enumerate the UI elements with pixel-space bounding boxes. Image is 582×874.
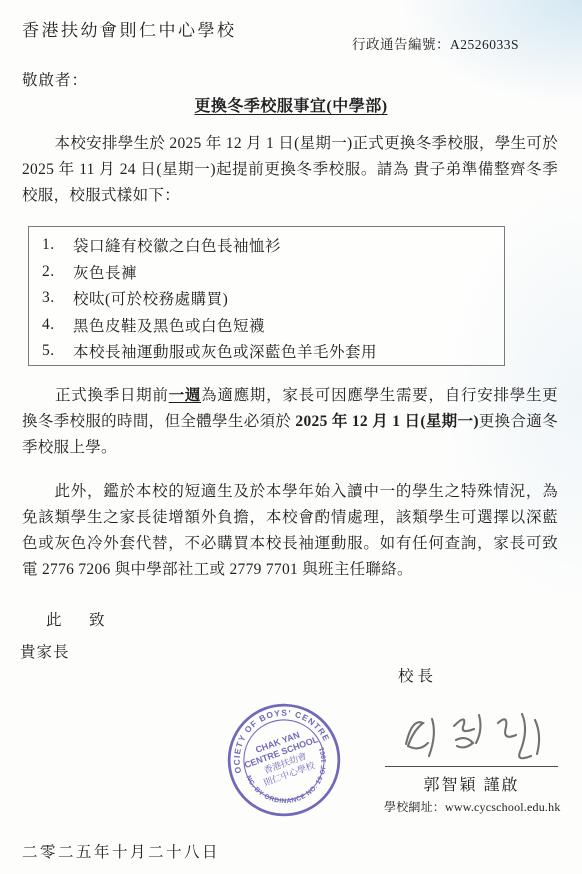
p2-date-emphasis: 2025 年 12 月 1 日(星期一) [295,413,478,430]
uniform-list-box: 1. 袋口縫有校徽之白色長袖恤衫 2. 灰色長褲 3. 校呔(可於校務處購買) … [28,226,505,366]
uniform-item-number: 5. [29,342,73,360]
paragraph-3: 此外，鑑於本校的短適生及於本學年始入讀中一的學生之特殊情況，為免該類學生之家長徒… [22,479,558,583]
letter-title-text: 更換冬季校服事宜(中學部) [194,98,387,115]
principal-label: 校長 [398,664,437,686]
signature-line [385,766,558,767]
uniform-item-number: 4. [29,316,73,334]
school-website: 學校網址：www.cycschool.edu.hk [384,798,564,815]
closing-regards: 此 致 [46,608,111,630]
uniform-item-text: 袋口縫有校徽之白色長袖恤衫 [73,234,281,256]
letter-date: 二零二五年十月二十八日 [22,840,220,862]
scanned-letter-page: 香港扶幼會則仁中心學校 行政通告編號：A2526033S 敬啟者： 更換冬季校服… [0,0,582,874]
school-stamp-seal: SOCIETY OF BOYS' CENTRES INC. BY ORDINAN… [226,702,342,818]
uniform-item: 5. 本校長袖運動服或灰色或深藍色羊毛外套用 [29,338,504,365]
uniform-item-text: 本校長袖運動服或灰色或深藍色羊毛外套用 [73,340,377,362]
uniform-item-text: 灰色長褲 [73,261,137,283]
notice-number: 行政通告編號：A2526033S [352,33,519,53]
salutation: 敬啟者： [22,68,88,90]
school-name: 香港扶幼會則仁中心學校 [22,16,237,41]
principal-signature-strokes [396,708,552,766]
school-stamp: SOCIETY OF BOYS' CENTRES INC. BY ORDINAN… [226,702,342,818]
uniform-item-number: 3. [29,289,73,307]
paragraph-2: 正式換季日期前一週為適應期，家長可因應學生需要，自行安排學生更換冬季校服的時間，… [22,383,558,461]
uniform-item: 4. 黑色皮鞋及黑色或白色短襪 [29,312,504,339]
closing-recipient: 貴家長 [20,640,70,662]
letter-title: 更換冬季校服事宜(中學部) [0,93,582,116]
uniform-item: 3. 校呔(可於校務處購買) [29,285,504,312]
uniform-item: 2. 灰色長褲 [29,259,504,286]
p2-week-emphasis: 一週 [169,387,201,404]
uniform-item-text: 黑色皮鞋及黑色或白色短襪 [73,314,265,336]
signoff-name: 郭智穎 謹啟 [385,772,558,795]
uniform-item-number: 1. [29,236,73,254]
paragraph-1: 本校安排學生於 2025 年 12 月 1 日(星期一)正式更換冬季校服，學生可… [22,131,558,209]
p2-text: 正式換季日期前 [55,387,169,404]
uniform-item-number: 2. [29,263,73,281]
principal-signature [396,708,552,766]
uniform-item-text: 校呔(可於校務處購買) [73,287,228,309]
uniform-item: 1. 袋口縫有校徽之白色長袖恤衫 [29,232,504,259]
